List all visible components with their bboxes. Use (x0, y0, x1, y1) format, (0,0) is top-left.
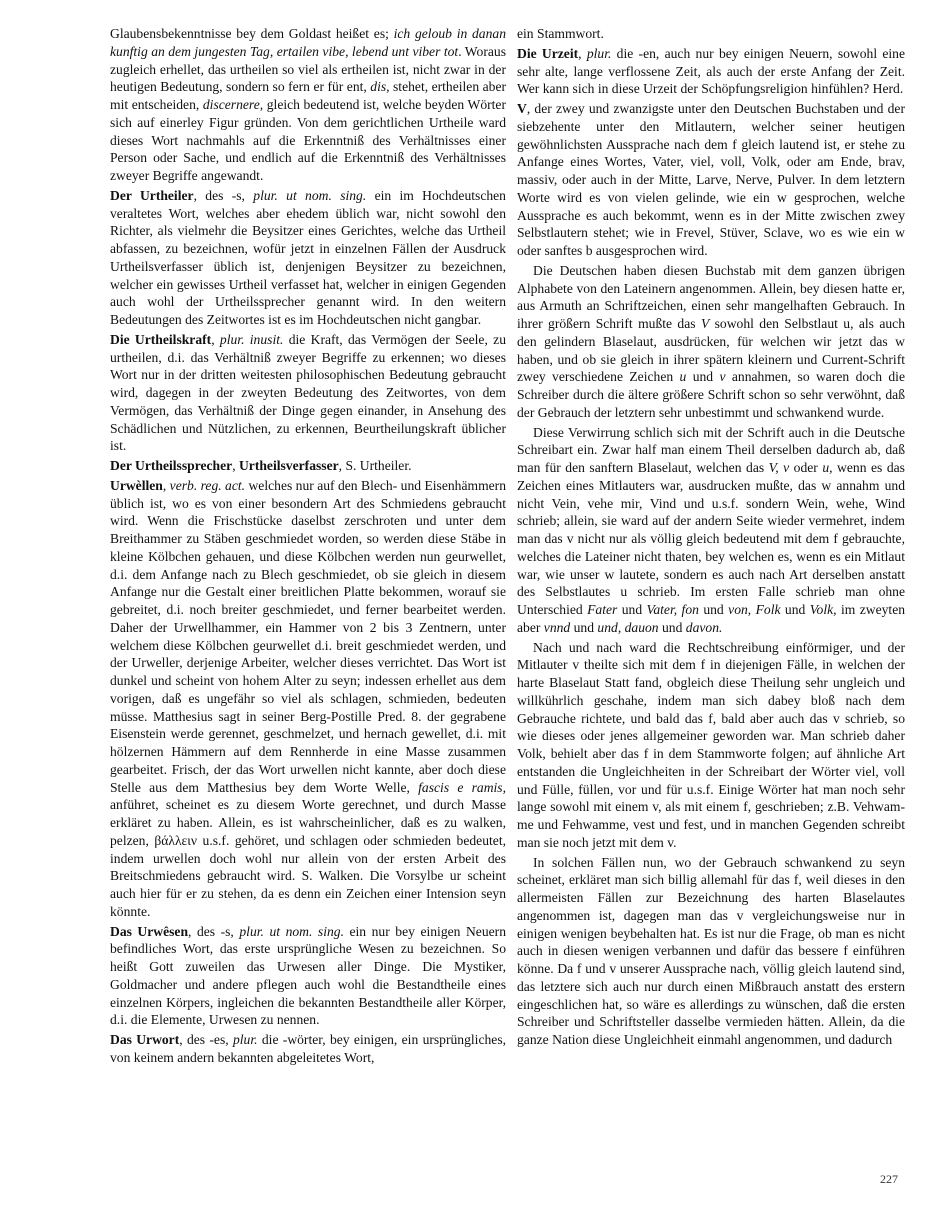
headword: Die Urtheilskraft (110, 332, 211, 347)
italic-text: vnnd (544, 620, 570, 635)
body-text: , (578, 46, 587, 61)
body-text: Glaubensbekenntnisse bey dem Goldast hei… (110, 26, 394, 41)
paragraph-v-para-4: Nach und nach ward die Rechtschreibung e… (517, 639, 905, 852)
headword: Die Urzeit (517, 46, 578, 61)
body-text: , S. Urtheiler. (339, 458, 412, 473)
body-text: oder (789, 460, 822, 475)
dictionary-entry-v-entry: V, der zwey und zwanzigste unter den Deu… (517, 100, 905, 260)
italic-text: fascis e ramis, (418, 780, 506, 795)
headword: Urtheilsverfasser (239, 458, 339, 473)
left-column: Glaubensbekenntnisse bey dem Goldast hei… (110, 25, 506, 1067)
body-text: Nach und nach ward die Rechtschreibung e… (517, 640, 905, 850)
body-text: und (570, 620, 597, 635)
dictionary-entry-der-urtheiler: Der Urtheiler, des -s, plur. ut nom. sin… (110, 187, 506, 329)
paragraph-v-para-3: Diese Verwirrung schlich sich mit der Sc… (517, 424, 905, 637)
headword: Der Urtheiler (110, 188, 194, 203)
paragraph-v-para-5: In solchen Fällen nun, wo der Gebrauch s… (517, 854, 905, 1049)
italic-text: plur. (587, 46, 612, 61)
italic-text: V (701, 316, 709, 331)
italic-text: verb. reg. act. (170, 478, 245, 493)
continuation-glaubens-cont: Glaubensbekenntnisse bey dem Goldast hei… (110, 25, 506, 185)
dictionary-entry-die-urzeit: Die Urzeit, plur. die -en, auch nur bey … (517, 45, 905, 98)
body-text: ein Stammwort. (517, 26, 604, 41)
body-text: ein im Hochdeutschen veraltetes Wort, we… (110, 188, 506, 327)
italic-text: dis, (370, 79, 389, 94)
italic-text: Volk, (810, 602, 837, 617)
paragraph-v-para-2: Die Deutschen haben diesen Buchstab mit … (517, 262, 905, 422)
continuation-urwort-cont: ein Stammwort. (517, 25, 905, 43)
italic-text: Vater, fon (647, 602, 699, 617)
page-number: 227 (880, 1172, 898, 1187)
right-column: ein Stammwort.Die Urzeit, plur. die -en,… (517, 25, 905, 1049)
dictionary-entry-das-urwort: Das Urwort, des -es, plur. die -wörter, … (110, 1031, 506, 1067)
italic-text: V, v (769, 460, 790, 475)
italic-text: davon. (686, 620, 723, 635)
italic-text: discernere, (203, 97, 263, 112)
italic-text: Fater (587, 602, 617, 617)
italic-text: plur. inusit. (220, 332, 283, 347)
body-text: , des -s, (188, 924, 239, 939)
dictionary-entry-urwellen: Urwèllen, verb. reg. act. welches nur au… (110, 477, 506, 921)
body-text: In solchen Fällen nun, wo der Gebrauch s… (517, 855, 905, 1048)
body-text: und (699, 602, 728, 617)
body-text: , der zwey und zwanzigste unter den Deut… (517, 101, 905, 258)
italic-text: plur. (233, 1032, 258, 1047)
body-text: die Kraft, das Vermögen der Seele, zu ur… (110, 332, 506, 454)
dictionary-entry-der-urtheilssprecher: Der Urtheilssprecher, Urtheilsverfasser,… (110, 457, 506, 475)
body-text: welches nur auf den Blech- und Ei­senhäm… (110, 478, 506, 795)
body-text: , (211, 332, 220, 347)
body-text: und (781, 602, 810, 617)
italic-text: von, Folk (728, 602, 780, 617)
italic-text: plur. ut nom. sing. (239, 924, 344, 939)
dictionary-entry-die-urtheilskraft: Die Urtheilskraft, plur. inusit. die Kra… (110, 331, 506, 455)
italic-text: und, dauon (597, 620, 658, 635)
headword: V (517, 101, 527, 116)
body-text: und (617, 602, 646, 617)
body-text: , des -es, (179, 1032, 233, 1047)
headword: Das Urwort (110, 1032, 179, 1047)
headword: Der Urtheilssprecher (110, 458, 232, 473)
body-text: anführet, scheinet es zu diesem Worte ge… (110, 797, 506, 919)
body-text: , (232, 458, 239, 473)
dictionary-entry-das-urwesen: Das Urwêsen, des -s, plur. ut nom. sing.… (110, 923, 506, 1030)
body-text: und (659, 620, 686, 635)
body-text: ein nur bey einigen Neuern befindliches … (110, 924, 506, 1028)
headword: Das Urwêsen (110, 924, 188, 939)
body-text: und (686, 369, 719, 384)
dictionary-page: Glaubensbekenntnisse bey dem Goldast hei… (0, 0, 935, 1210)
body-text: , des -s, (194, 188, 254, 203)
headword: Urwèllen (110, 478, 163, 493)
italic-text: u, (822, 460, 832, 475)
italic-text: plur. ut nom. sing. (253, 188, 366, 203)
body-text: wenn es das Zeichen eines Mitlauters war… (517, 460, 905, 617)
body-text: , (163, 478, 170, 493)
